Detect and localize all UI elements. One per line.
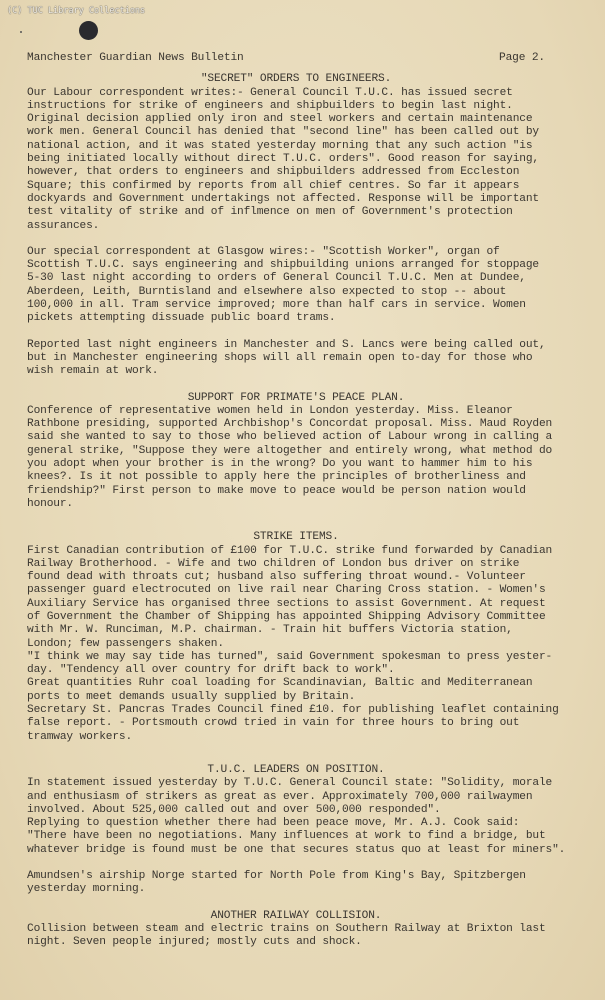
paragraph: First Canadian contribution of £100 for …	[27, 545, 587, 744]
paragraph: Conference of representative women held …	[27, 405, 587, 511]
paragraph: In statement issued yesterday by T.U.C. …	[27, 777, 587, 857]
paragraph: Collision between steam and electric tra…	[27, 923, 587, 950]
section-strike-items: STRIKE ITEMS. First Canadian contributio…	[27, 531, 587, 744]
section-heading: SUPPORT FOR PRIMATE'S PEACE PLAN.	[27, 392, 587, 405]
section-railway-collision: ANOTHER RAILWAY COLLISION. Collision bet…	[27, 910, 587, 950]
section-heading: "SECRET" ORDERS TO ENGINEERS.	[27, 73, 587, 86]
publication-title: Manchester Guardian News Bulletin	[27, 52, 244, 65]
document-header: Manchester Guardian News Bulletin Page 2…	[27, 52, 587, 65]
section-heading: T.U.C. LEADERS ON POSITION.	[27, 764, 587, 777]
paragraph: Our Labour correspondent writes:- Genera…	[27, 87, 587, 233]
watermark: (C) TUC Library Collections	[7, 6, 145, 16]
section-primate-peace-plan: SUPPORT FOR PRIMATE'S PEACE PLAN. Confer…	[27, 392, 587, 512]
section-tuc-leaders: T.U.C. LEADERS ON POSITION. In statement…	[27, 764, 587, 897]
section-secret-orders: "SECRET" ORDERS TO ENGINEERS. Our Labour…	[27, 73, 587, 378]
ink-speck	[20, 31, 22, 33]
paragraph: Amundsen's airship Norge started for Nor…	[27, 870, 587, 897]
punch-hole	[79, 21, 98, 40]
page-number: Page 2.	[499, 52, 545, 65]
section-heading: STRIKE ITEMS.	[27, 531, 587, 544]
section-heading: ANOTHER RAILWAY COLLISION.	[27, 910, 587, 923]
paragraph: Our special correspondent at Glasgow wir…	[27, 246, 587, 326]
paragraph: Reported last night engineers in Manches…	[27, 339, 587, 379]
document-page: Manchester Guardian News Bulletin Page 2…	[27, 52, 587, 950]
